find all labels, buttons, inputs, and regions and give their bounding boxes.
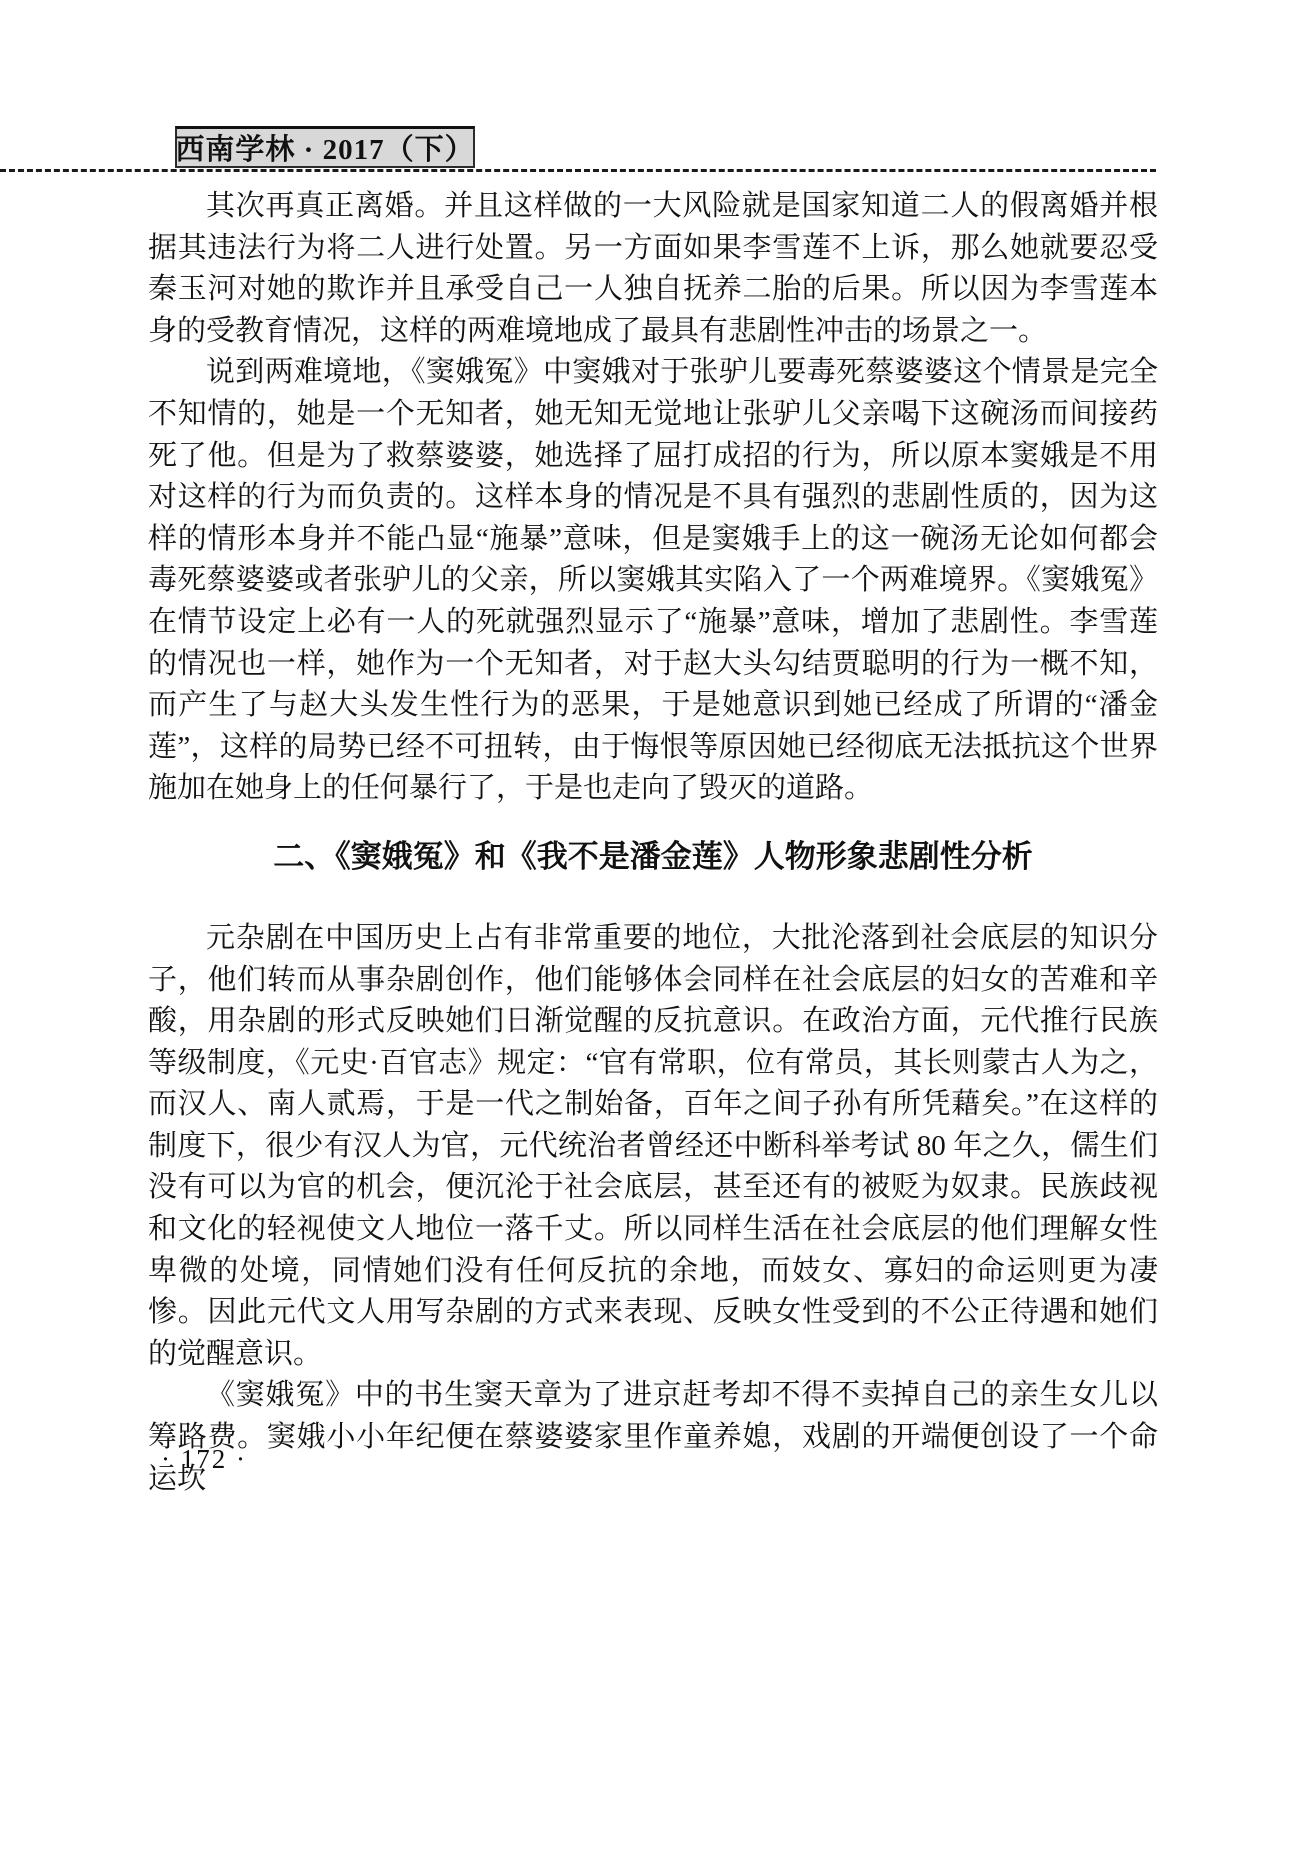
paragraph-2: 说到两难境地，《窦娥冤》中窦娥对于张驴儿要毒死蔡婆婆这个情景是完全不知情的，她是…: [148, 352, 1158, 810]
page-number: · 172 ·: [161, 1444, 247, 1475]
section-heading: 二、《窦娥冤》和《我不是潘金莲》人物形象悲剧性分析: [148, 835, 1158, 879]
paragraph-1: 其次再真正离婚。并且这样做的一大风险就是国家知道二人的假离婚并根据其违法行为将二…: [148, 186, 1158, 352]
body-text-block: 其次再真正离婚。并且这样做的一大风险就是国家知道二人的假离婚并根据其违法行为将二…: [148, 186, 1158, 1500]
document-page: 西南学林 · 2017（下） 其次再真正离婚。并且这样做的一大风险就是国家知道二…: [0, 0, 1307, 1859]
header-divider-dashed-rule: [0, 169, 1156, 172]
running-header-badge: 西南学林 · 2017（下）: [175, 126, 475, 168]
paragraph-4: 《窦娥冤》中的书生窦天章为了进京赶考却不得不卖掉自己的亲生女儿以筹路费。窦娥小小…: [148, 1375, 1158, 1500]
paragraph-3: 元杂剧在中国历史上占有非常重要的地位，大批沦落到社会底层的知识分子，他们转而从事…: [148, 918, 1158, 1376]
